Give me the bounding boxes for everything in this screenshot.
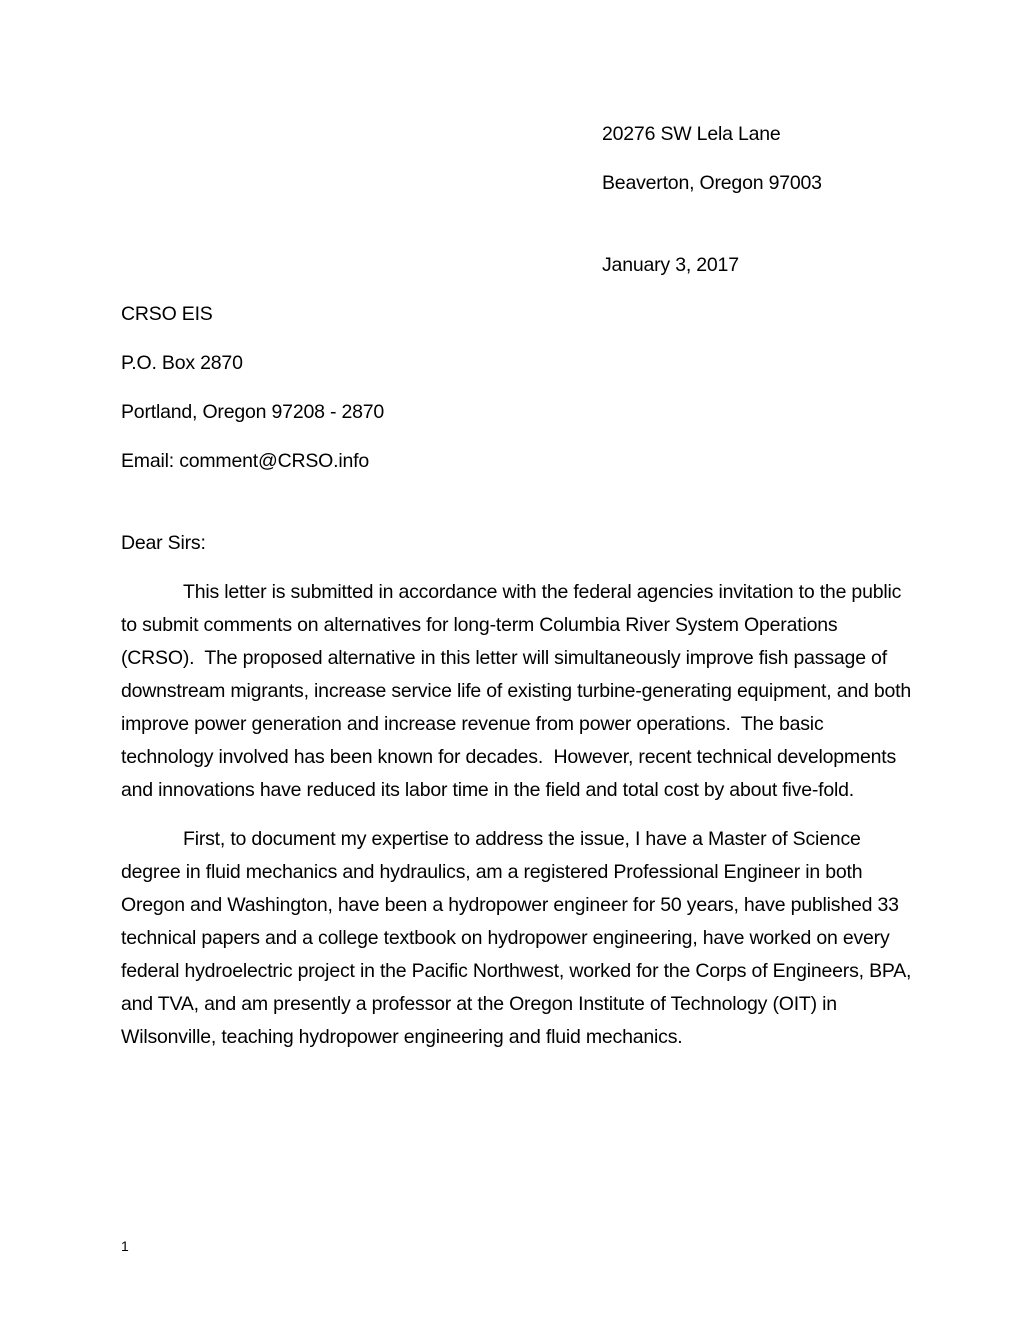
sender-address-line-1: 20276 SW Lela Lane [602,118,915,151]
recipient-line-2: P.O. Box 2870 [121,347,915,380]
page-number: 1 [121,1238,129,1254]
body-paragraph-1: This letter is submitted in accordance w… [121,576,915,807]
salutation: Dear Sirs: [121,527,915,560]
date-block: January 3, 2017 [602,249,915,282]
letter-page: 20276 SW Lela Lane Beaverton, Oregon 970… [0,0,1020,1320]
recipient-line-3: Portland, Oregon 97208 - 2870 [121,396,915,429]
body-paragraph-2: First, to document my expertise to addre… [121,823,915,1054]
letter-body: This letter is submitted in accordance w… [121,576,915,1054]
sender-address-block: 20276 SW Lela Lane Beaverton, Oregon 970… [602,118,915,200]
letter-date: January 3, 2017 [602,249,915,282]
recipient-address-block: CRSO EIS P.O. Box 2870 Portland, Oregon … [121,298,915,478]
recipient-line-4: Email: comment@CRSO.info [121,445,915,478]
recipient-line-1: CRSO EIS [121,298,915,331]
sender-address-line-2: Beaverton, Oregon 97003 [602,167,915,200]
page-number-footer: 1 [121,1236,129,1256]
